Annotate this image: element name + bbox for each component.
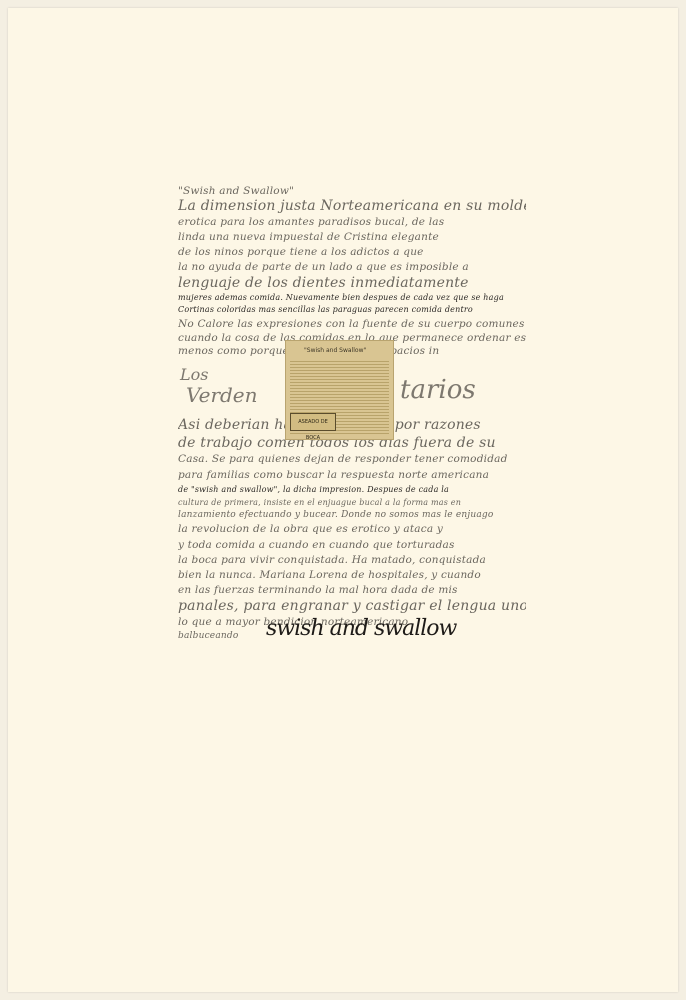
paper-sheet: "Swish and Swallow" La dimension justa N… bbox=[8, 8, 678, 992]
word-los: Los bbox=[180, 365, 208, 384]
text-line: cultura de primera, insiste en el enjuag… bbox=[178, 498, 526, 507]
text-line: para familias como buscar la respuesta n… bbox=[178, 469, 526, 481]
clipping-box-label: ASEADO DE BOCA bbox=[290, 413, 336, 431]
text-line: la no ayuda de parte de un lado a que es… bbox=[178, 261, 526, 273]
signature-swish-and-swallow: swish and swallow bbox=[266, 616, 456, 641]
heading-line: "Swish and Swallow" bbox=[178, 185, 526, 197]
text-line: lanzamiento efectuando y bucear. Donde n… bbox=[178, 510, 526, 520]
text-line: La dimension justa Norteamericana en su … bbox=[178, 198, 526, 214]
text-line: Casa. Se para quienes dejan de responder… bbox=[178, 453, 526, 465]
text-line: No Calore las expresiones con la fuente … bbox=[178, 318, 526, 330]
text-line: y toda comida a cuando en cuando que tor… bbox=[178, 539, 526, 551]
text-line: erotica para los amantes paradisos bucal… bbox=[178, 216, 526, 228]
word-verden: Verden bbox=[186, 383, 258, 407]
text-line: linda una nueva impuestal de Cristina el… bbox=[178, 231, 526, 243]
newspaper-clipping: "Swish and Swallow" ASEADO DE BOCA bbox=[285, 340, 394, 440]
text-line: de "swish and swallow", la dicha impresi… bbox=[178, 485, 526, 494]
text-line: en las fuerzas terminando la mal hora da… bbox=[178, 584, 526, 596]
text-line: panales, para engranar y castigar el len… bbox=[178, 598, 526, 614]
text-line: la boca para vivir conquistada. Ha matad… bbox=[178, 554, 526, 566]
clipping-headline: "Swish and Swallow" bbox=[304, 347, 366, 354]
text-line: Cortinas coloridas mas sencillas las par… bbox=[178, 305, 526, 314]
word-tarios: tarios bbox=[400, 375, 476, 405]
text-line: bien la nunca. Mariana Lorena de hospita… bbox=[178, 569, 526, 581]
text-line: lenguaje de los dientes inmediatamente bbox=[178, 275, 526, 291]
text-line: de los ninos porque tiene a los adictos … bbox=[178, 246, 526, 258]
text-line: la revolucion de la obra que es erotico … bbox=[178, 523, 526, 535]
text-line: mujeres ademas comida. Nuevamente bien d… bbox=[178, 293, 526, 302]
